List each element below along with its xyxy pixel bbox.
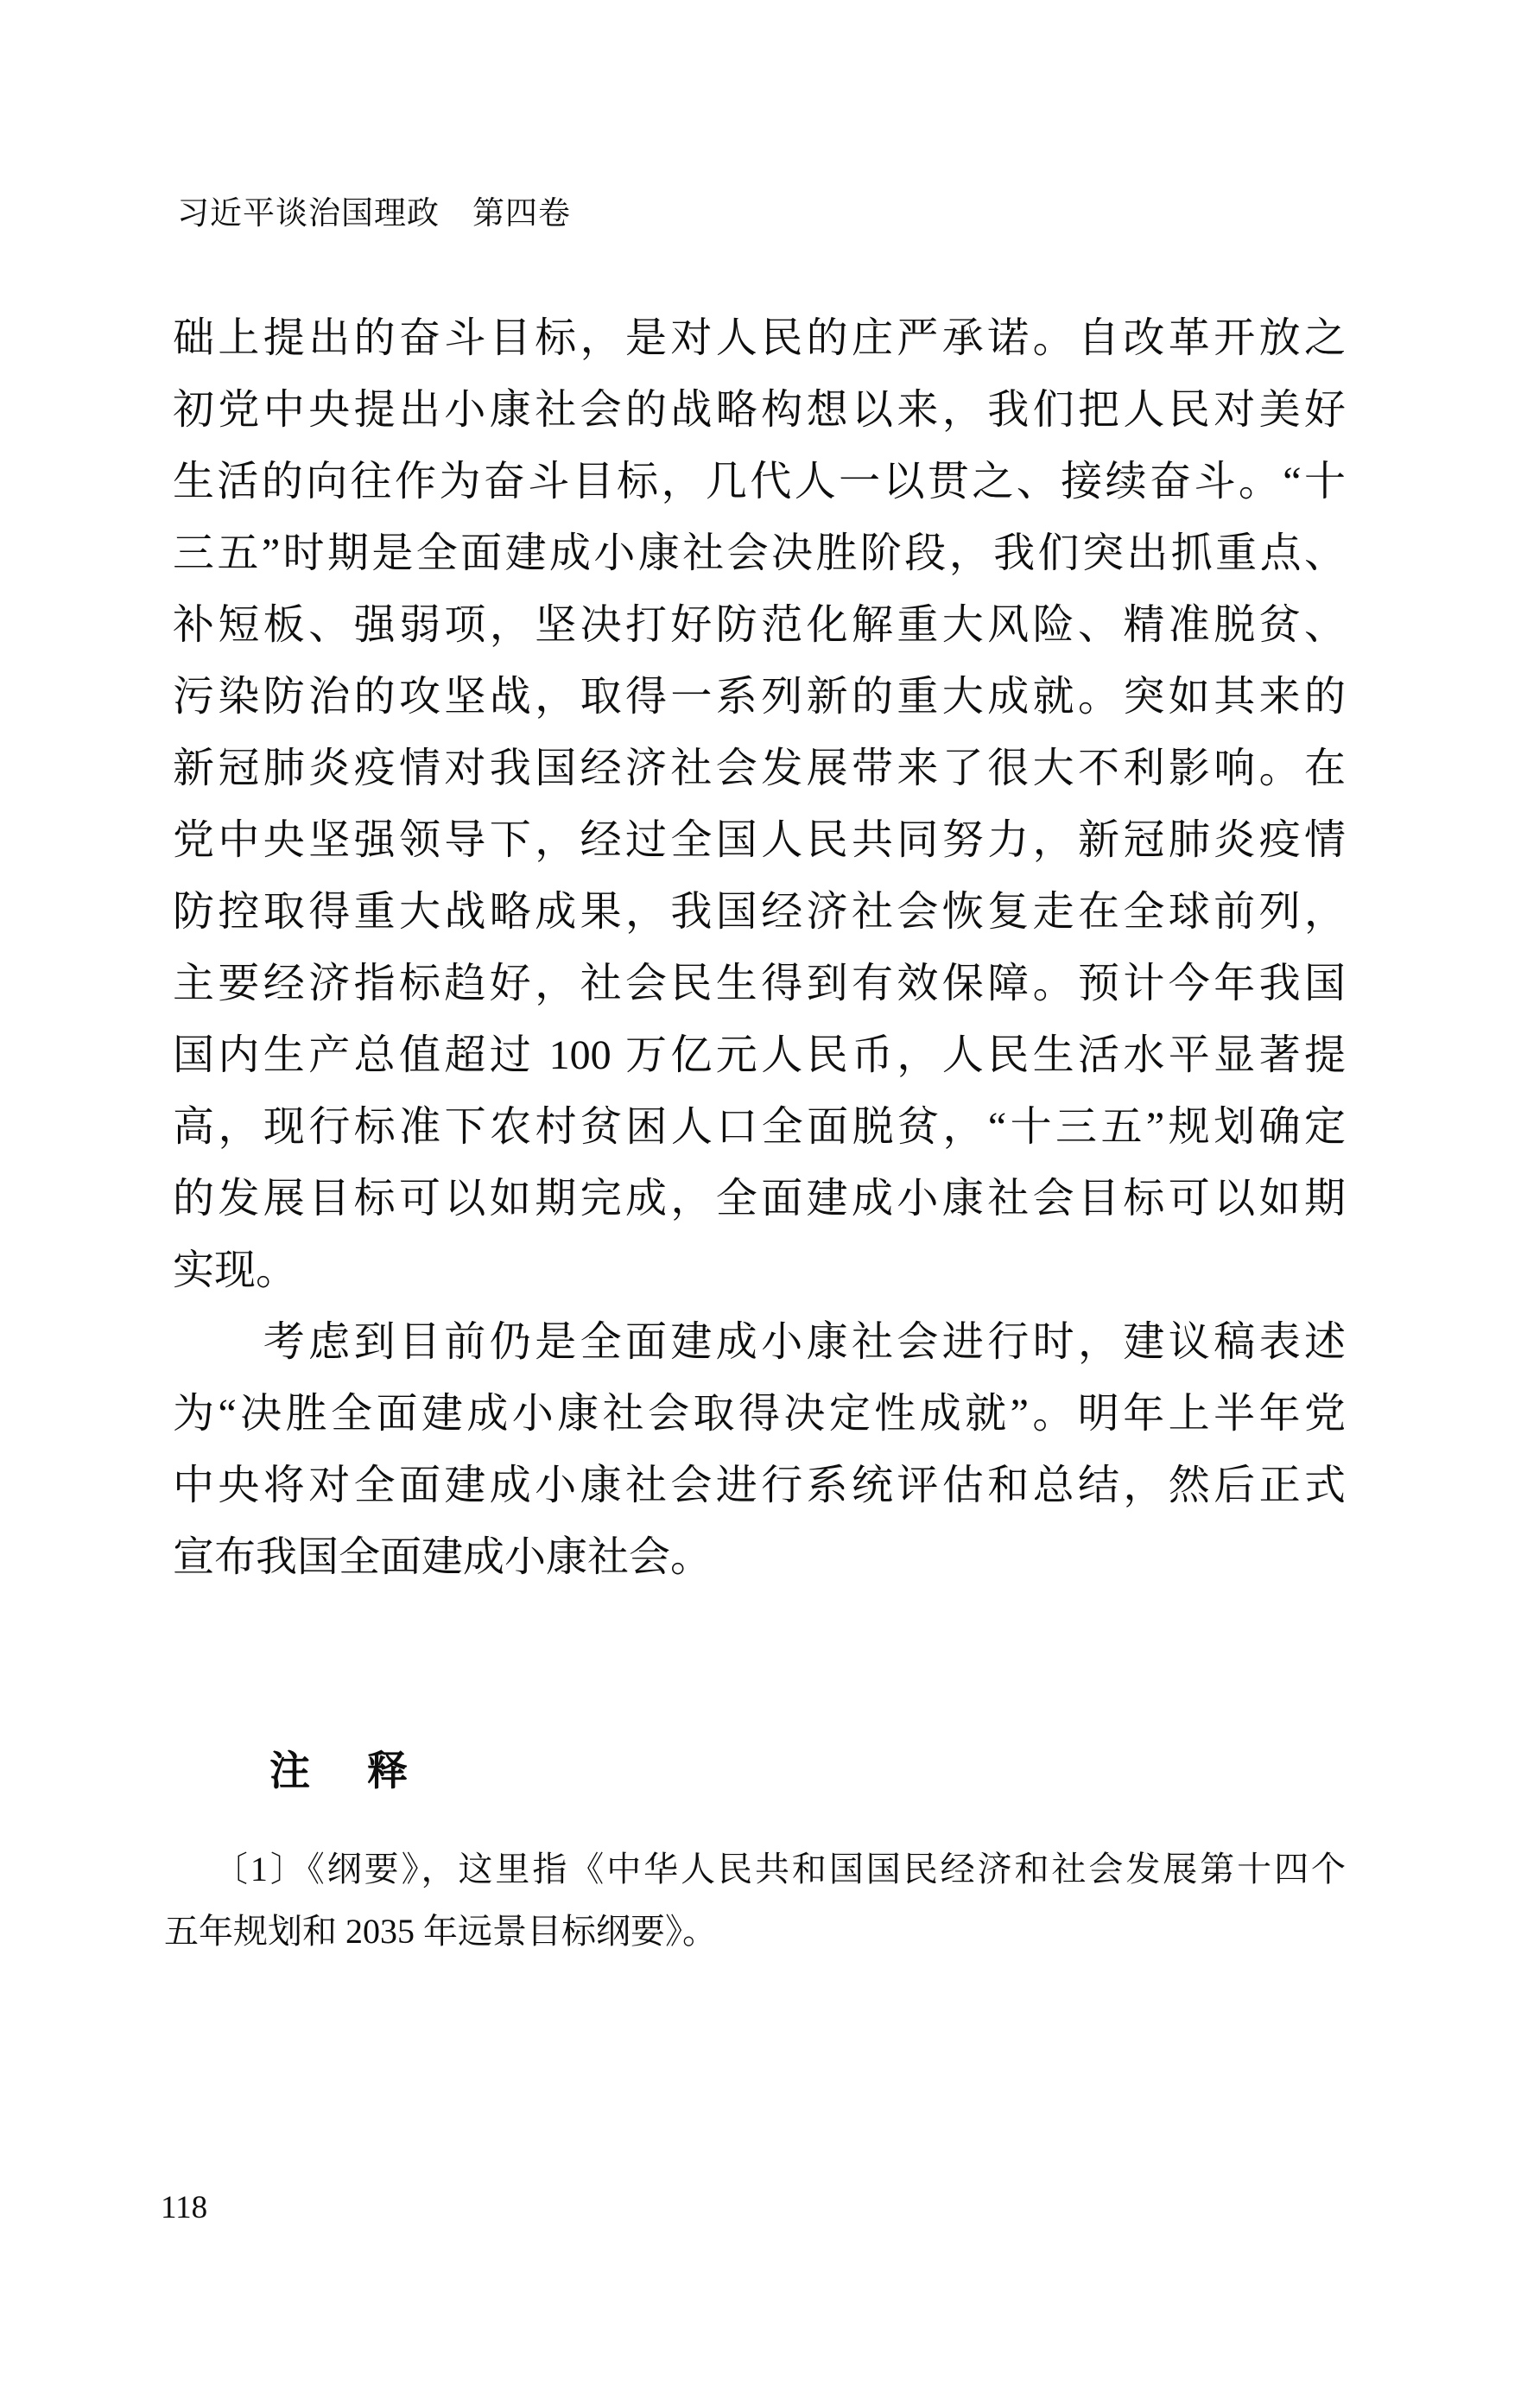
body-line: 的发展目标可以如期完成，全面建成小康社会目标可以如期: [173, 1163, 1346, 1235]
page-number: 118: [161, 2189, 207, 2227]
body-line: 础上提出的奋斗目标，是对人民的庄严承诺。自改革开放之: [173, 302, 1346, 374]
note-line: 五年规划和 2035 年远景目标纲要》。: [164, 1901, 1346, 1963]
body-line: 实现。: [173, 1235, 1346, 1306]
body-line: 中央将对全面建成小康社会进行系统评估和总结，然后正式: [173, 1450, 1346, 1521]
body-line: 初党中央提出小康社会的战略构想以来，我们把人民对美好: [173, 374, 1346, 446]
body-line: 污染防治的攻坚战，取得一系列新的重大成就。突如其来的: [173, 661, 1346, 733]
notes-heading: 注释: [269, 1747, 465, 1795]
running-header: 习近平谈治国理政 第四卷: [177, 195, 571, 233]
body-line: 高，现行标准下农村贫困人口全面脱贫，“十三五”规划确定: [173, 1091, 1346, 1163]
body-line: 补短板、强弱项，坚决打好防范化解重大风险、精准脱贫、: [173, 589, 1346, 661]
book-page: 习近平谈治国理政 第四卷 础上提出的奋斗目标，是对人民的庄严承诺。自改革开放之初…: [0, 0, 1540, 2393]
body-line: 三五”时期是全面建成小康社会决胜阶段，我们突出抓重点、: [173, 517, 1346, 589]
body-line: 新冠肺炎疫情对我国经济社会发展带来了很大不利影响。在: [173, 733, 1346, 804]
body-line: 国内生产总值超过 100 万亿元人民币，人民生活水平显著提: [173, 1019, 1346, 1091]
body-line: 防控取得重大战略成果，我国经济社会恢复走在全球前列，: [173, 876, 1346, 948]
body-line: 党中央坚强领导下，经过全国人民共同努力，新冠肺炎疫情: [173, 804, 1346, 876]
body-line: 宣布我国全面建成小康社会。: [173, 1521, 1346, 1593]
body-line: 生活的向往作为奋斗目标，几代人一以贯之、接续奋斗。“十: [173, 446, 1346, 517]
body-line: 主要经济指标趋好，社会民生得到有效保障。预计今年我国: [173, 948, 1346, 1019]
note-line: 〔1〕《纲要》，这里指《中华人民共和国国民经济和社会发展第十四个: [164, 1838, 1346, 1901]
body-text: 础上提出的奋斗目标，是对人民的庄严承诺。自改革开放之初党中央提出小康社会的战略构…: [173, 302, 1346, 1593]
body-line: 考虑到目前仍是全面建成小康社会进行时，建议稿表述: [173, 1306, 1346, 1378]
body-line: 为“决胜全面建成小康社会取得决定性成就”。明年上半年党: [173, 1378, 1346, 1450]
notes-text: 〔1〕《纲要》，这里指《中华人民共和国国民经济和社会发展第十四个五年规划和 20…: [164, 1838, 1346, 1963]
